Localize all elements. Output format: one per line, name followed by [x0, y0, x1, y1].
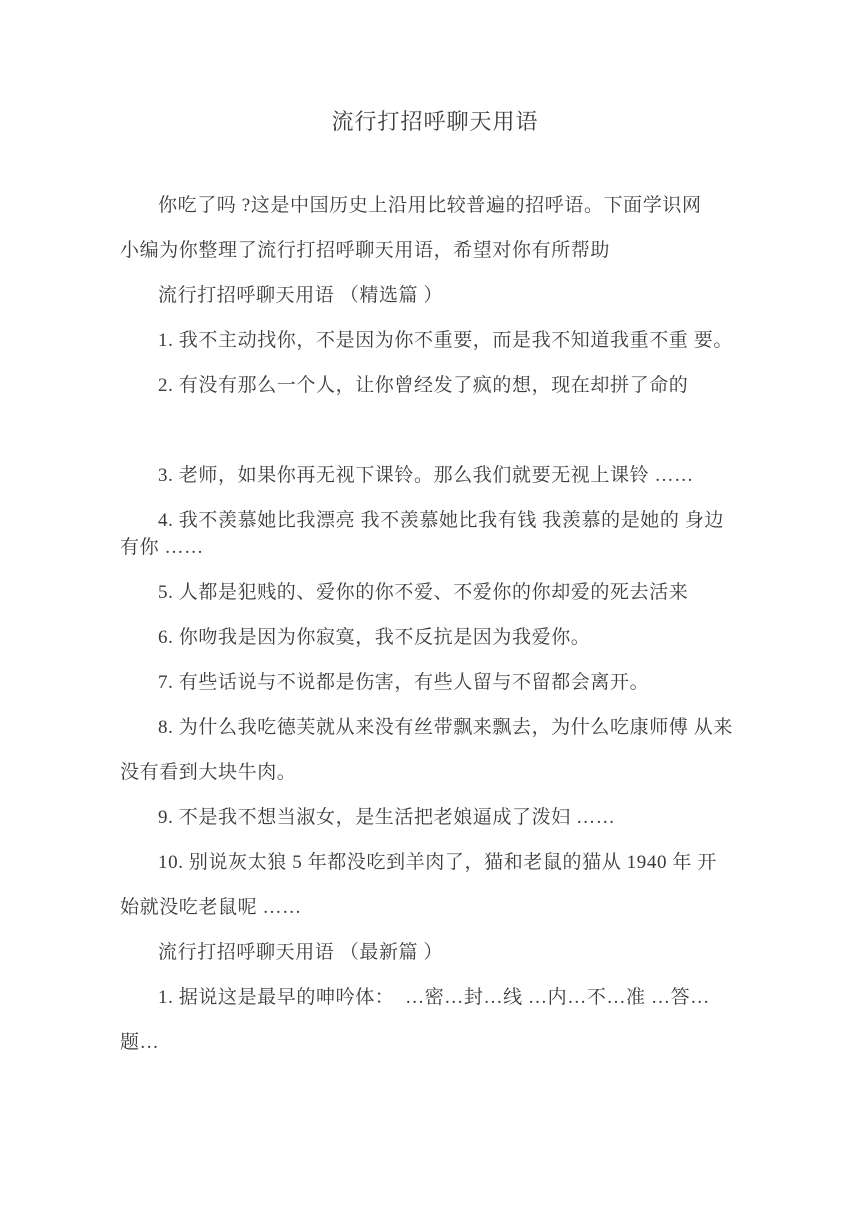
list-item-1: 1. 我不主动找你，不是因为你不重要，而是我不知道我重不重 要。 — [120, 328, 750, 354]
section-heading-selected: 流行打招呼聊天用语 （精选篇 ） — [120, 283, 750, 309]
list-item-3: 3. 老师，如果你再无视下课铃。那么我们就要无视上课铃 …… — [120, 463, 750, 489]
document-title: 流行打招呼聊天用语 — [120, 106, 750, 138]
list-item-7: 7. 有些话说与不说都是伤害，有些人留与不留都会离开。 — [120, 670, 750, 696]
section-heading-newest: 流行打招呼聊天用语 （最新篇 ） — [120, 940, 750, 966]
list-item-2: 2. 有没有那么一个人，让你曾经发了疯的想，现在却拼了命的 — [120, 373, 750, 399]
list-item-5: 5. 人都是犯贱的、爱你的你不爱、不爱你的你却爱的死去活来 — [120, 580, 750, 606]
document-page: 流行打招呼聊天用语 你吃了吗 ?这是中国历史上沿用比较普遍的招呼语。下面学识网 … — [0, 0, 860, 1218]
newest-list-item-1: 1. 据说这是最早的呻吟体： …密…封…线 …内…不…准 …答… — [120, 985, 750, 1011]
intro-line-1: 你吃了吗 ?这是中国历史上沿用比较普遍的招呼语。下面学识网 — [120, 193, 750, 219]
list-item-6: 6. 你吻我是因为你寂寞，我不反抗是因为我爱你。 — [120, 625, 750, 651]
intro-line-2: 小编为你整理了流行打招呼聊天用语，希望对你有所帮助 — [120, 238, 750, 264]
list-item-8-continuation: 没有看到大块牛肉。 — [120, 760, 750, 786]
list-item-9: 9. 不是我不想当淑女，是生活把老娘逼成了泼妇 …… — [120, 805, 750, 831]
list-item-10-continuation: 始就没吃老鼠呢 …… — [120, 895, 750, 921]
list-item-4: 4. 我不羡慕她比我漂亮 我不羡慕她比我有钱 我羡慕的是她的 身边 — [120, 508, 750, 534]
newest-list-item-1-continuation: 题… — [120, 1030, 750, 1056]
document-content: 流行打招呼聊天用语 你吃了吗 ?这是中国历史上沿用比较普遍的招呼语。下面学识网 … — [0, 0, 860, 1056]
list-item-4-continuation: 有你 …… — [120, 535, 750, 561]
list-item-10: 10. 别说灰太狼 5 年都没吃到羊肉了，猫和老鼠的猫从 1940 年 开 — [120, 850, 750, 876]
list-item-8: 8. 为什么我吃德芙就从来没有丝带飘来飘去，为什么吃康师傅 从来 — [120, 715, 750, 741]
